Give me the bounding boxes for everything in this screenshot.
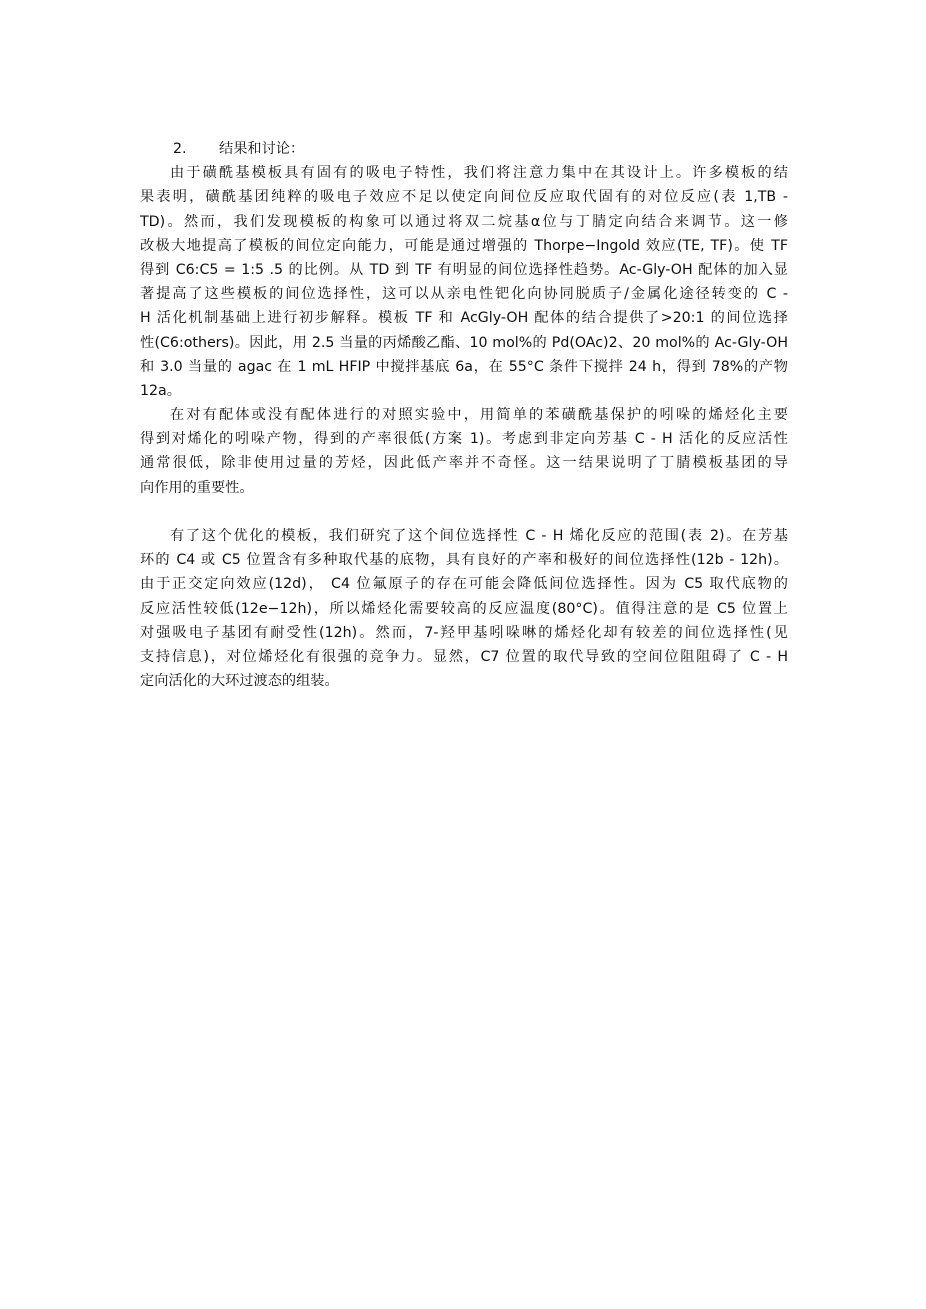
paragraph-line: 支持信息)，对位烯烃化有很强的竞争力。显然，C7 位置的取代导致的空间位阻阻碍了… — [140, 645, 788, 669]
section-heading: 2.结果和讨论： — [140, 137, 788, 161]
paragraph-line: H 活化机制基础上进行初步解释。模板 TF 和 AcGly-OH 配体的结合提供… — [140, 306, 788, 330]
paragraph-1: 由于磺酰基模板具有固有的吸电子特性，我们将注意力集中在其设计上。许多模板的结 果… — [140, 161, 788, 403]
paragraph-line: 性(C6:others)。因此，用 2.5 当量的丙烯酸乙酯、10 mol%的 … — [140, 331, 788, 355]
paragraph-line: 得到 C6:C5 = 1:5 .5 的比例。从 TD 到 TF 有明显的间位选择… — [140, 258, 788, 282]
paragraph-line: 定向活化的大环过渡态的组装。 — [140, 669, 788, 693]
paragraph-line: 有了这个优化的模板，我们研究了这个间位选择性 C - H 烯化反应的范围(表 2… — [140, 524, 788, 548]
paragraph-2: 在对有配体或没有配体进行的对照实验中，用简单的苯磺酰基保护的吲哚的烯烃化主要 得… — [140, 403, 788, 500]
section-number: 2. — [173, 137, 219, 161]
paragraph-line: 果表明，磺酰基团纯粹的吸电子效应不足以使定向间位反应取代固有的对位反应(表 1,… — [140, 185, 788, 209]
paragraph-line: 通常很低，除非使用过量的芳烃，因此低产率并不奇怪。这一结果说明了丁腈模板基团的导 — [140, 451, 788, 475]
paragraph-line: 在对有配体或没有配体进行的对照实验中，用简单的苯磺酰基保护的吲哚的烯烃化主要 — [140, 403, 788, 427]
section-title: 结果和讨论： — [219, 141, 304, 157]
paragraph-line: 改极大地提高了模板的间位定向能力，可能是通过增强的 Thorpe−Ingold … — [140, 234, 788, 258]
paragraph-line: 和 3.0 当量的 agac 在 1 mL HFIP 中搅拌基底 6a，在 55… — [140, 355, 788, 379]
paragraph-line: 由于正交定向效应(12d)， C4 位氟原子的存在可能会降低间位选择性。因为 C… — [140, 572, 788, 596]
paragraph-line: 得到对烯化的吲哚产物，得到的产率很低(方案 1)。考虑到非定向芳基 C - H … — [140, 427, 788, 451]
paragraph-line: 向作用的重要性。 — [140, 476, 788, 500]
paragraph-line: 由于磺酰基模板具有固有的吸电子特性，我们将注意力集中在其设计上。许多模板的结 — [140, 161, 788, 185]
paragraph-line: 对强吸电子基团有耐受性(12h)。然而，7-羟甲基吲哚啉的烯烃化却有较差的间位选… — [140, 621, 788, 645]
paragraph-line: TD)。然而，我们发现模板的构象可以通过将双二烷基α位与丁腈定向结合来调节。这一… — [140, 210, 788, 234]
paragraph-line: 反应活性较低(12e−12h)，所以烯烃化需要较高的反应温度(80°C)。值得注… — [140, 597, 788, 621]
paragraph-line: 著提高了这些模板的间位选择性，这可以从亲电性钯化向协同脱质子/金属化途径转变的 … — [140, 282, 788, 306]
paragraph-line: 环的 C4 或 C5 位置含有多种取代基的底物，具有良好的产率和极好的间位选择性… — [140, 548, 788, 572]
document-page: 2.结果和讨论： 由于磺酰基模板具有固有的吸电子特性，我们将注意力集中在其设计上… — [140, 137, 788, 693]
blank-line — [140, 500, 788, 524]
paragraph-line: 12a。 — [140, 379, 788, 403]
paragraph-3: 有了这个优化的模板，我们研究了这个间位选择性 C - H 烯化反应的范围(表 2… — [140, 524, 788, 693]
